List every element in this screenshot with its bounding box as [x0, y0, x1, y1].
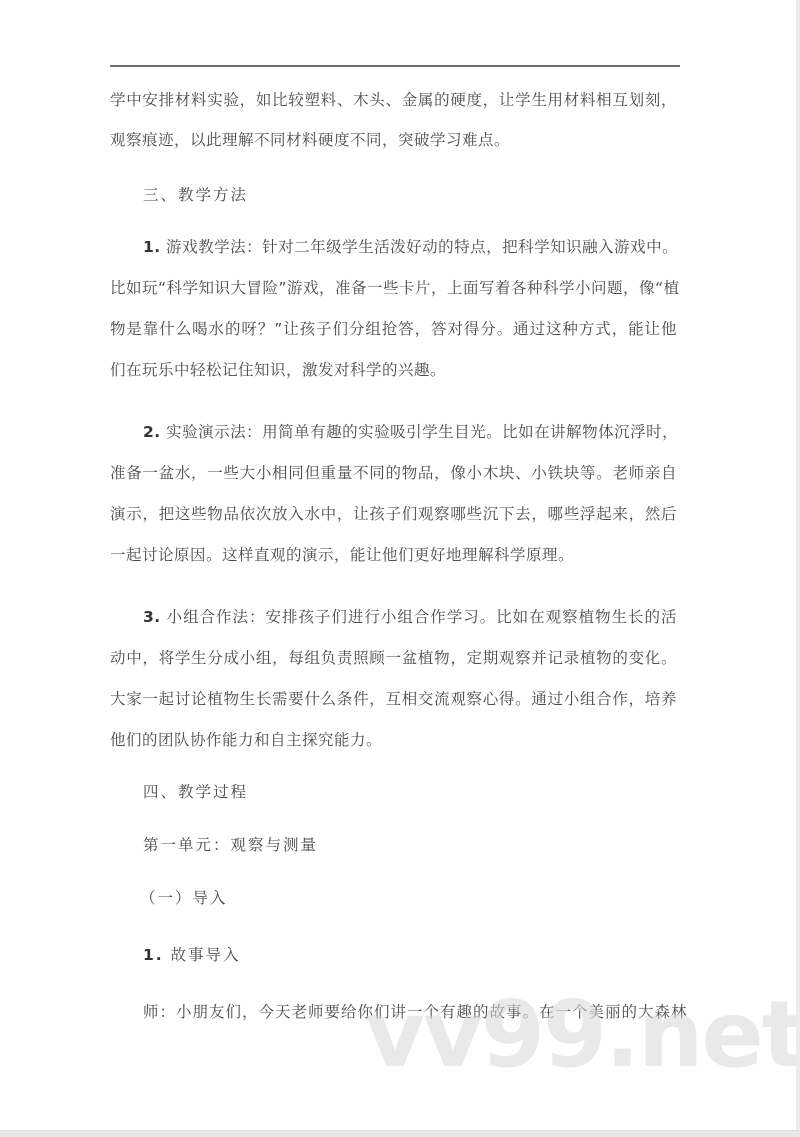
section-heading-teaching-process: 四、教学过程 — [143, 782, 677, 802]
item-number: 1. — [143, 238, 161, 256]
subsection-title: （一）导入 — [140, 888, 674, 908]
paragraph-line: 准备一盆水，一些大小相同但重量不同的物品，像小木块、小铁块等。老师亲自 — [110, 463, 677, 483]
item-title-story-intro: 1. 故事导入 — [143, 945, 677, 965]
unit-title: 第一单元：观察与测量 — [143, 835, 677, 855]
document-page: 学中安排材料实验，如比较塑料、木头、金属的硬度，让学生用材料相互划刻， 观察痕迹… — [0, 0, 796, 1131]
item-text: 故事导入 — [171, 946, 241, 964]
paragraph-line: 们在玩乐中轻松记住知识，激发对科学的兴趣。 — [110, 360, 677, 380]
paragraph-line: 一起讨论原因。这样直观的演示，能让他们更好地理解科学原理。 — [110, 545, 677, 565]
method-item-2-first-line: 2. 实验演示法：用简单有趣的实验吸引学生目光。比如在讲解物体沉浮时， — [143, 422, 677, 442]
dialogue-line: 师：小朋友们，今天老师要给你们讲一个有趣的故事。在一个美丽的大森林 — [143, 1002, 677, 1022]
item-number: 3. — [143, 608, 161, 626]
item-text: 实验演示法：用简单有趣的实验吸引学生目光。比如在讲解物体沉浮时， — [166, 423, 678, 441]
section-heading-teaching-methods: 三、教学方法 — [143, 185, 677, 205]
paragraph-line: 观察痕迹，以此理解不同材料硬度不同，突破学习难点。 — [110, 130, 677, 150]
paragraph-line: 动中，将学生分成小组，每组负责照顾一盆植物，定期观察并记录植物的变化。 — [110, 648, 677, 668]
item-number: 2. — [143, 423, 161, 441]
paragraph-line: 学中安排材料实验，如比较塑料、木头、金属的硬度，让学生用材料相互划刻， — [110, 90, 677, 110]
method-item-1-first-line: 1. 游戏教学法：针对二年级学生活泼好动的特点，把科学知识融入游戏中。 — [143, 237, 677, 257]
item-number: 1. — [143, 946, 164, 964]
paragraph-line: 比如玩“科学知识大冒险”游戏，准备一些卡片，上面写着各种科学小问题，像“植 — [110, 278, 677, 298]
header-divider — [110, 65, 680, 67]
item-text: 小组合作法：安排孩子们进行小组合作学习。比如在观察植物生长的活 — [167, 608, 677, 626]
page-bottom-edge — [0, 1130, 800, 1137]
method-item-3-first-line: 3. 小组合作法：安排孩子们进行小组合作学习。比如在观察植物生长的活 — [143, 607, 677, 627]
paragraph-line: 大家一起讨论植物生长需要什么条件，互相交流观察心得。通过小组合作，培养 — [110, 689, 677, 709]
watermark: vv99.net — [365, 985, 800, 1085]
paragraph-line: 他们的团队协作能力和自主探究能力。 — [110, 730, 677, 750]
item-text: 游戏教学法：针对二年级学生活泼好动的特点，把科学知识融入游戏中。 — [166, 238, 678, 256]
paragraph-line: 物是靠什么喝水的呀？”让孩子们分组抢答，答对得分。通过这种方式，能让他 — [110, 319, 677, 339]
page-right-edge — [796, 0, 800, 1137]
paragraph-line: 演示，把这些物品依次放入水中，让孩子们观察哪些沉下去，哪些浮起来，然后 — [110, 504, 677, 524]
